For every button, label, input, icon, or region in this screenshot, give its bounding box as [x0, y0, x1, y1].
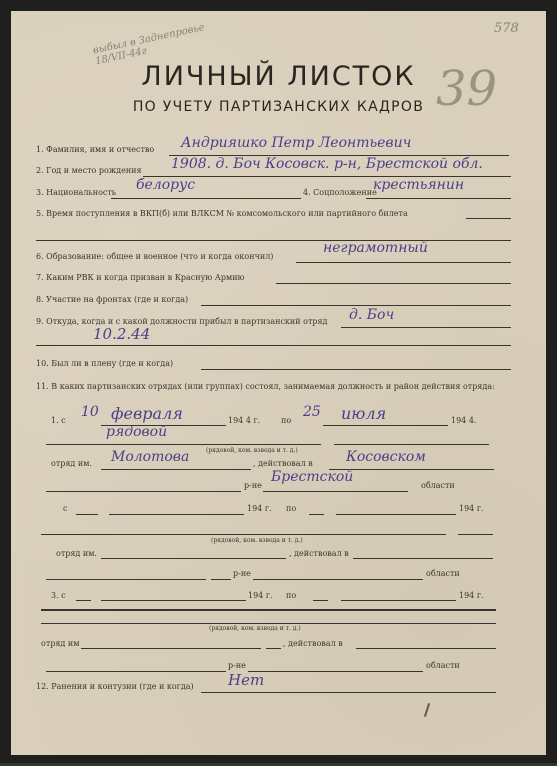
field-2-label: 2. Год и место рождения — [36, 166, 142, 175]
page-subtitle: ПО УЧЕТУ ПАРТИЗАНСКИХ КАДРОВ — [11, 99, 546, 115]
field-2-value: 1908. д. Боч Косовск. р-н, Брестской обл… — [171, 156, 483, 172]
unit-3-district-label: р-не — [228, 661, 246, 670]
field-12-label: 12. Ранения и контузии (где и когда) — [36, 682, 194, 691]
unit-2-to-year: 194 г. — [459, 504, 484, 513]
unit-2-acted-label: , действовал в — [289, 549, 349, 558]
field-9-value: д. Боч — [349, 307, 394, 323]
field-5-label: 5. Время поступления в ВКП(б) или ВЛКСМ … — [36, 209, 408, 218]
unit-2-to-label: по — [286, 504, 296, 513]
unit-2-region-label: области — [426, 569, 460, 578]
unit-1-acted-label: , действовал в — [253, 459, 313, 468]
unit-1-to-label: по — [281, 416, 291, 425]
unit-2-district-label: р-не — [233, 569, 251, 578]
unit-1-from-year: 194 4 г. — [228, 416, 260, 425]
unit-3-otryad-label: отряд им — [41, 639, 79, 648]
unit-2-num: с — [63, 504, 67, 513]
unit-1-otryad: Молотова — [111, 449, 189, 465]
field-1-value: Андрияшко Петр Леонтьевич — [181, 135, 411, 151]
unit-1-position-hint: (рядовой, ком. взвода и т. д.) — [206, 447, 298, 454]
unit-1-to-year: 194 4. — [451, 416, 476, 425]
page-title: ЛИЧНЫЙ ЛИСТОК — [11, 61, 546, 92]
field-12-value: Нет — [228, 671, 264, 689]
field-3-value: белорус — [136, 177, 195, 193]
unit-1-district-label: р-не — [244, 481, 262, 490]
unit-3-num: 3. с — [51, 591, 66, 600]
unit-2-position-hint: (рядовой, ком. взвода и т. д.) — [211, 537, 303, 544]
unit-2-otryad-label: отряд им. — [56, 549, 97, 558]
unit-3-acted-label: , действовал в — [283, 639, 343, 648]
field-7-label: 7. Каким РВК и когда призван в Красную А… — [36, 273, 245, 282]
field-4-label: 4. Соцположение — [303, 188, 377, 197]
field-1-label: 1. Фамилия, имя и отчество — [36, 145, 154, 154]
unit-2-from-year: 194 г. — [247, 504, 272, 513]
unit-1-acted: Косовском — [346, 449, 426, 465]
unit-1-region-label: области — [421, 481, 455, 490]
field-3-label: 3. Национальность — [36, 188, 116, 197]
unit-1-district: Брестской — [271, 469, 353, 485]
field-6-label: 6. Образование: общее и военное (что и к… — [36, 252, 273, 261]
field-10-label: 10. Был ли в плену (где и когда) — [36, 359, 173, 368]
unit-3-position-hint: (рядовой, ком. взвода и т. д.) — [209, 625, 301, 632]
document-page: выбыл в Заднепровье 18/VII-44г 578 39 ЛИ… — [11, 11, 546, 755]
unit-1-to-day: 25 — [303, 404, 321, 420]
unit-3-region-label: области — [426, 661, 460, 670]
unit-3-to-year: 194 г. — [459, 591, 484, 600]
field-6-value: неграмотный — [323, 240, 428, 256]
unit-1-from-month: февраля — [111, 404, 183, 423]
unit-1-otryad-label: отряд им. — [51, 459, 92, 468]
unit-1-from-day: 10 — [81, 404, 99, 420]
field-8-label: 8. Участие на фронтах (где и когда) — [36, 295, 188, 304]
unit-1-to-month: июля — [341, 404, 386, 423]
unit-3-from-year: 194 г. — [248, 591, 273, 600]
ink-mark — [424, 703, 430, 717]
archive-number: 578 — [494, 21, 519, 36]
field-11-label: 11. В каких партизанских отрядах (или гр… — [36, 381, 516, 393]
unit-3-to-label: по — [286, 591, 296, 600]
unit-1-position: рядовой — [106, 424, 167, 440]
unit-1-num: 1. с — [51, 416, 66, 425]
field-4-value: крестьянин — [373, 177, 464, 193]
field-9-date: 10.2.44 — [93, 325, 150, 343]
field-9-label: 9. Откуда, когда и с какой должности при… — [36, 317, 327, 326]
